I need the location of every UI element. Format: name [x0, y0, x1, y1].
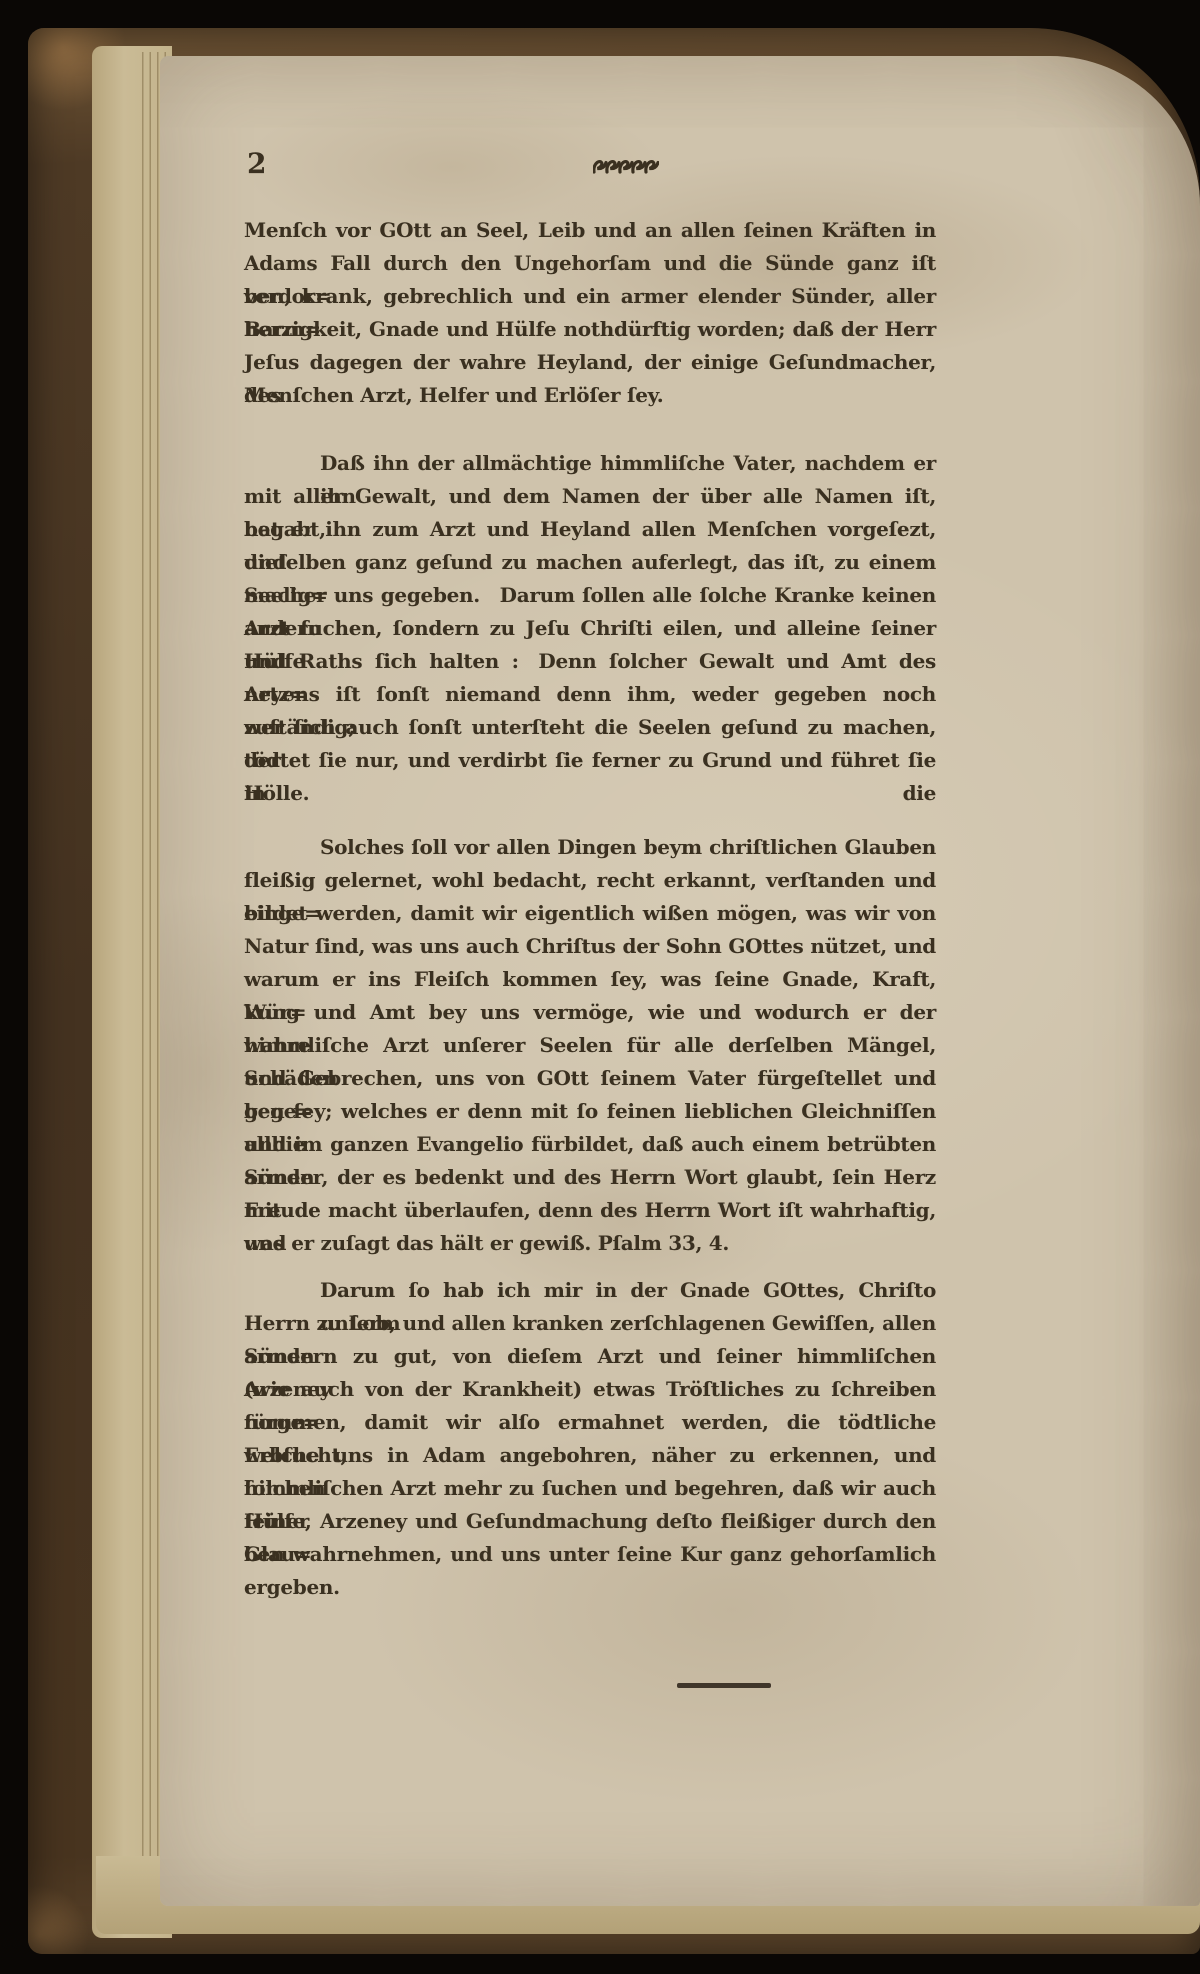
text-block: Menſch vor GOtt an Seel, Leib und an all…	[244, 214, 936, 1604]
paragraph: Solches ſoll vor allen Dingen beym chriſ…	[244, 831, 936, 1260]
text-line: herzigkeit, Gnade und Hülfe nothdürftig …	[244, 313, 936, 346]
text-line: nommen, damit wir alſo ermahnet werden, …	[244, 1406, 936, 1439]
text-line: bildet werden, damit wir eigentlich wiße…	[244, 897, 936, 930]
text-line: Freude macht überlaufen, denn des Herrn …	[244, 1194, 936, 1227]
paragraph: Menſch vor GOtt an Seel, Leib und an all…	[244, 214, 936, 412]
text-line: mit aller Gewalt, und dem Namen der über…	[244, 480, 936, 513]
scanned-book-photo: 2 Menſch vor GOtt an Seel, Leib und an a…	[0, 0, 1200, 1974]
text-line: Sündern zu gut, von dieſem Arzt und ſein…	[244, 1340, 936, 1373]
text-line: Menſchen Arzt, Helfer und Erlöſer ſey.	[244, 379, 936, 412]
text-line: Herrn zu Lob, und allen kranken zerſchla…	[244, 1307, 936, 1340]
section-divider-rule	[677, 1683, 771, 1688]
paragraph: Darum ſo hab ich mir in der Gnade GOttes…	[244, 1274, 936, 1604]
text-line: Adams Fall durch den Ungehorſam und die …	[244, 247, 936, 280]
text-line: dieſelben ganz geſund zu machen auferleg…	[244, 546, 936, 579]
text-line: wer ſich auch ſonſt unterſteht die Seele…	[244, 711, 936, 744]
text-line: und Gebrechen, uns von GOtt ſeinem Vater…	[244, 1062, 936, 1095]
text-line: welche uns in Adam angebohren, näher zu …	[244, 1439, 936, 1472]
text-line: fleißig gelernet, wohl bedacht, recht er…	[244, 864, 936, 897]
text-line: ben wahrnehmen, und uns unter ſeine Kur …	[244, 1538, 936, 1571]
paragraph: Daß ihn der allmächtige himmliſche Vater…	[244, 447, 936, 810]
text-line: neyens iſt ſonſt niemand denn ihm, weder…	[244, 678, 936, 711]
text-line: himmliſchen Arzt mehr zu ſuchen und bege…	[244, 1472, 936, 1505]
text-line: Arzt ſuchen, ſondern zu Jeſu Chriſti eil…	[244, 612, 936, 645]
text-line: (wie auch von der Krankheit) etwas Tröſt…	[244, 1373, 936, 1406]
text-line: und im ganzen Evangelio fürbildet, daß a…	[244, 1128, 936, 1161]
text-line: himmliſche Arzt unſerer Seelen für alle …	[244, 1029, 936, 1062]
text-line: ergeben.	[244, 1571, 936, 1604]
text-line: kung und Amt bey uns vermöge, wie und wo…	[244, 996, 936, 1029]
text-line: ben ſey; welches er denn mit ſo feinen l…	[244, 1095, 936, 1128]
text-line: warum er ins Fleiſch kommen ſey, was ſei…	[244, 963, 936, 996]
text-line: Natur ſind, was uns auch Chriſtus der So…	[244, 930, 936, 963]
text-line: Sünder, der es bedenkt und des Herrn Wor…	[244, 1161, 936, 1194]
text-line: ben, krank, gebrechlich und ein armer el…	[244, 280, 936, 313]
page-number: 2	[247, 150, 266, 178]
text-line: Hülfe, Arzeney und Geſundmachung deſto f…	[244, 1505, 936, 1538]
header-squiggle-ornament-icon	[593, 158, 659, 176]
text-line: Jeſus dagegen der wahre Heyland, der ein…	[244, 346, 936, 379]
text-line: Menſch vor GOtt an Seel, Leib und an all…	[244, 214, 936, 247]
text-line: und Raths ſich halten : Denn ſolcher Gew…	[244, 645, 936, 678]
text-line: Solches ſoll vor allen Dingen beym chriſ…	[244, 831, 936, 864]
text-line: Daß ihn der allmächtige himmliſche Vater…	[244, 447, 936, 480]
text-line: Darum ſo hab ich mir in der Gnade GOttes…	[244, 1274, 936, 1307]
text-line: hat er ihn zum Arzt und Heyland allen Me…	[244, 513, 936, 546]
text-line: was er zuſagt das hält er gewiß. Pſalm 3…	[244, 1227, 936, 1260]
text-line: tödtet ſie nur, und verdirbt ſie ferner …	[244, 744, 936, 777]
text-line: macher uns gegeben. Darum ſollen alle ſo…	[244, 579, 936, 612]
